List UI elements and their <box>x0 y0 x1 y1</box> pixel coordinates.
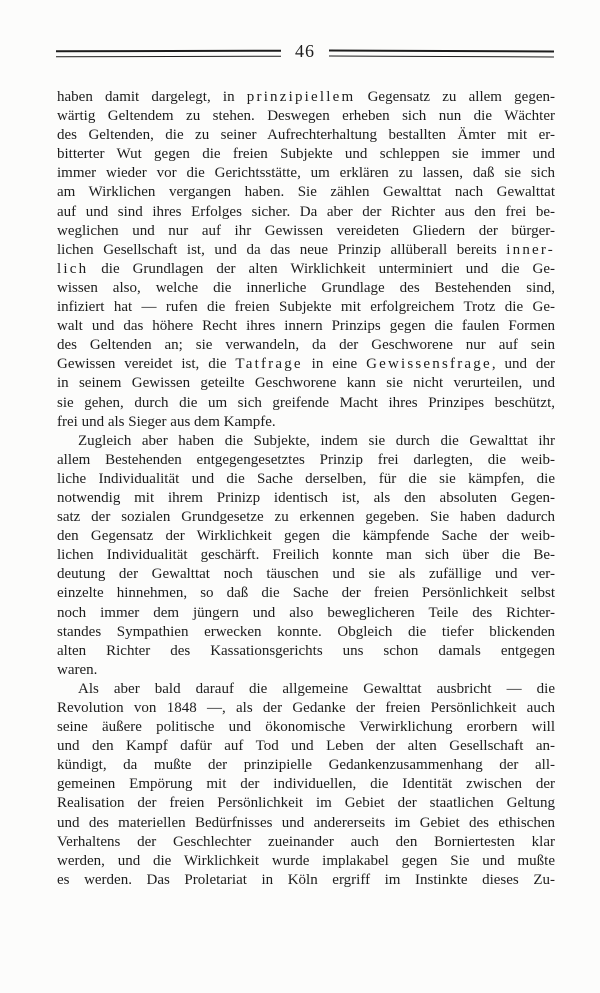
text-line: Revolution von 1848 —, als der Gedanke d… <box>57 699 555 718</box>
text-segment: noch immer dem jüngern und also beweglic… <box>57 605 555 621</box>
text-line: satz der sozialen Grundgesetze zu erkenn… <box>57 508 555 527</box>
text-segment: werden, und die Wirklichkeit wurde impla… <box>57 853 555 869</box>
text-segment: , und der <box>492 356 555 372</box>
text-line: liche Individualität und die Sache derse… <box>57 470 555 489</box>
emphasized-text: lich <box>57 261 88 277</box>
emphasized-text: inner- <box>506 242 555 258</box>
text-segment: und des materiellen Bedürfnisses und and… <box>57 815 555 831</box>
text-line: des Geltenden an; sie verwandeln, da der… <box>57 336 555 355</box>
text-line: infiziert hat — rufen die freien Subjekt… <box>57 298 555 317</box>
text-line: den Gegensatz der Wirklichkeit gegen die… <box>57 527 555 546</box>
paragraph: haben damit dargelegt, in prinzipiellem … <box>57 88 555 432</box>
text-segment: frei und als Sieger aus dem Kampfe. <box>57 414 276 430</box>
text-segment: liche Individualität und die Sache derse… <box>57 471 555 487</box>
text-line: wärtig Geltendem zu stehen. Deswegen erh… <box>57 107 555 126</box>
text-line: lichen Individualität geschärft. Freilic… <box>57 546 555 565</box>
text-line: lich die Grundlagen der alten Wirklichke… <box>57 260 555 279</box>
text-line: Realisation der freien Persönlichkeit im… <box>57 794 555 813</box>
page-number: 46 <box>281 42 329 60</box>
text-line: auf und sind ihres Erfolges sicher. Da a… <box>57 203 555 222</box>
text-segment: satz der sozialen Grundgesetze zu erkenn… <box>57 509 555 525</box>
text-line: sie gehen, durch die um sich greifende M… <box>57 394 555 413</box>
text-line: es werden. Das Proletariat in Köln ergri… <box>57 871 555 890</box>
text-segment: Realisation der freien Persönlichkeit im… <box>57 795 555 811</box>
text-segment: die Grundlagen der alten Wirklichkeit un… <box>88 261 555 277</box>
text-line: und den Kampf dafür auf Tod und Leben de… <box>57 737 555 756</box>
text-segment: sie gehen, durch die um sich greifende M… <box>57 395 555 411</box>
text-line: kündigt, da mußte der prinzipielle Gedan… <box>57 756 555 775</box>
text-line: standes Sympathien erwecken konnte. Obgl… <box>57 623 555 642</box>
text-segment: es werden. Das Proletariat in Köln ergri… <box>57 872 555 888</box>
text-line: deutung der Gewalttat noch täuschen und … <box>57 565 555 584</box>
text-segment: notwendig mit ihrem Prinizp identisch is… <box>57 490 555 506</box>
text-line: werden, und die Wirklichkeit wurde impla… <box>57 852 555 871</box>
text-line: Zugleich aber haben die Subjekte, indem … <box>57 432 555 451</box>
text-line: am Wirklichen vergangen haben. Sie zähle… <box>57 183 555 202</box>
text-block: haben damit dargelegt, in prinzipiellem … <box>57 88 555 890</box>
text-line: allem Bestehenden entgegengesetztes Prin… <box>57 451 555 470</box>
text-line: waren. <box>57 661 555 680</box>
text-segment: kündigt, da mußte der prinzipielle Gedan… <box>57 757 555 773</box>
text-segment: waren. <box>57 662 97 678</box>
text-line: frei und als Sieger aus dem Kampfe. <box>57 413 555 432</box>
text-segment: des Geltenden an; sie verwandeln, da der… <box>57 337 555 353</box>
text-line: noch immer dem jüngern und also beweglic… <box>57 604 555 623</box>
text-segment: einzelte hinnehmen, so daß die Sache der… <box>57 585 555 601</box>
text-segment: alten Richter des Kassationsgerichts uns… <box>57 643 555 659</box>
text-line: einzelte hinnehmen, so daß die Sache der… <box>57 584 555 603</box>
text-segment: des Geltenden, die zu seiner Aufrechterh… <box>57 127 555 143</box>
emphasized-text: prinzipiellem <box>247 89 356 105</box>
text-segment: gemeinen Empörung mit der individuellen,… <box>57 776 555 792</box>
text-segment: lichen Individualität geschärft. Freilic… <box>57 547 555 563</box>
text-segment: lichen Gesellschaft ist, und da das neue… <box>57 242 506 258</box>
text-line: seine äußere politische und ökonomische … <box>57 718 555 737</box>
text-segment: Revolution von 1848 —, als der Gedanke d… <box>57 700 555 716</box>
text-segment: den Gegensatz der Wirklichkeit gegen die… <box>57 528 555 544</box>
text-line: Verhaltens der Geschlechter zueinander a… <box>57 833 555 852</box>
text-line: Gewissen vereidet ist, die Tatfrage in e… <box>57 355 555 374</box>
text-segment: deutung der Gewalttat noch täuschen und … <box>57 566 555 582</box>
emphasized-text: Gewissensfrage <box>366 356 492 372</box>
text-segment: in seinem Gewissen geteilte Geschworene … <box>57 375 555 391</box>
header-rule-left <box>56 49 281 57</box>
text-segment: und den Kampf dafür auf Tod und Leben de… <box>57 738 555 754</box>
header-rule-right <box>329 49 554 57</box>
page-header: 46 <box>56 44 554 62</box>
text-segment: am Wirklichen vergangen haben. Sie zähle… <box>57 184 555 200</box>
text-line: alten Richter des Kassationsgerichts uns… <box>57 642 555 661</box>
text-segment: auf und sind ihres Erfolges sicher. Da a… <box>57 204 555 220</box>
text-segment: bitterter Wut gegen die freien Subjekte … <box>57 146 555 162</box>
text-line: weglichen und nur auf ihr Gewissen verei… <box>57 222 555 241</box>
text-segment: standes Sympathien erwecken konnte. Obgl… <box>57 624 555 640</box>
emphasized-text: Tatfrage <box>235 356 302 372</box>
text-line: bitterter Wut gegen die freien Subjekte … <box>57 145 555 164</box>
text-segment: haben damit dargelegt, in <box>57 89 247 105</box>
text-line: notwendig mit ihrem Prinizp identisch is… <box>57 489 555 508</box>
text-segment: allem Bestehenden entgegengesetztes Prin… <box>57 452 555 468</box>
text-segment: infiziert hat — rufen die freien Subjekt… <box>57 299 555 315</box>
text-segment: Zugleich aber haben die Subjekte, indem … <box>78 433 555 449</box>
book-page: 46 haben damit dargelegt, in prinzipiell… <box>0 0 600 993</box>
text-line: immer wieder vor die Gerichtsstätte, um … <box>57 164 555 183</box>
text-line: und des materiellen Bedürfnisses und and… <box>57 814 555 833</box>
text-segment: Gewissen vereidet ist, die <box>57 356 235 372</box>
text-segment: Verhaltens der Geschlechter zueinander a… <box>57 834 555 850</box>
paragraph: Zugleich aber haben die Subjekte, indem … <box>57 432 555 680</box>
text-line: des Geltenden, die zu seiner Aufrechterh… <box>57 126 555 145</box>
text-segment: Als aber bald darauf die allgemeine Gewa… <box>78 681 555 697</box>
text-line: walt und das höhere Recht ihres innern P… <box>57 317 555 336</box>
text-line: gemeinen Empörung mit der individuellen,… <box>57 775 555 794</box>
text-segment: in eine <box>303 356 366 372</box>
text-line: wissen also, welche die innerliche Grund… <box>57 279 555 298</box>
text-line: haben damit dargelegt, in prinzipiellem … <box>57 88 555 107</box>
text-segment: wärtig Geltendem zu stehen. Deswegen erh… <box>57 108 555 124</box>
text-segment: Gegensatz zu allem gegen- <box>355 89 555 105</box>
text-line: in seinem Gewissen geteilte Geschworene … <box>57 374 555 393</box>
text-line: lichen Gesellschaft ist, und da das neue… <box>57 241 555 260</box>
paragraph: Als aber bald darauf die allgemeine Gewa… <box>57 680 555 890</box>
text-segment: seine äußere politische und ökonomische … <box>57 719 555 735</box>
text-segment: weglichen und nur auf ihr Gewissen verei… <box>57 223 555 239</box>
text-segment: wissen also, welche die innerliche Grund… <box>57 280 555 296</box>
text-segment: immer wieder vor die Gerichtsstätte, um … <box>57 165 555 181</box>
text-segment: walt und das höhere Recht ihres innern P… <box>57 318 555 334</box>
text-line: Als aber bald darauf die allgemeine Gewa… <box>57 680 555 699</box>
